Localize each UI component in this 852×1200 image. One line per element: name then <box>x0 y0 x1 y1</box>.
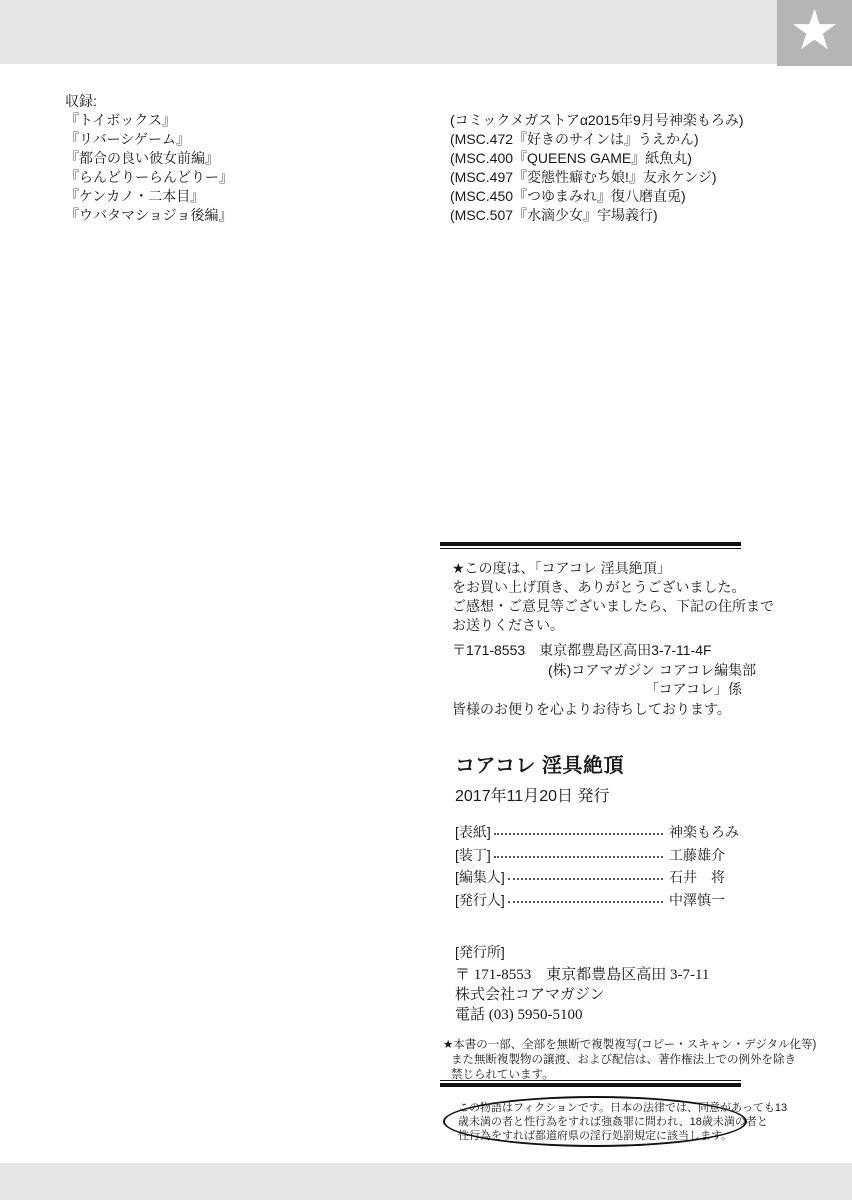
thanks-line: ★この度は、「コアコレ 淫具絶頂」 <box>452 559 774 578</box>
fiction-disclaimer-oval: この物語はフィクションです。日本の法律では、同意があっても13 歳未満の者と性行… <box>443 1096 747 1147</box>
contents-list: 収録: 『トイボックス』 (コミックメガストアα2015年9月号神楽もろみ) 『… <box>65 92 744 225</box>
credit-role: [表紙] <box>455 822 491 842</box>
disclaimer-line: この物語はフィクションです。日本の法律では、同意があっても13 <box>445 1101 745 1115</box>
publisher-phone: 電話 (03) 5950-5100 <box>455 1005 709 1025</box>
work-title: 『ケンカノ・二本目』 <box>65 187 450 206</box>
issue-date: 2017年11月20日 発行 <box>455 783 609 806</box>
dotted-leader <box>508 867 663 880</box>
work-title: 『都合の良い彼女前編』 <box>65 149 450 168</box>
credit-role: [装丁] <box>455 845 491 865</box>
credit-row: [装丁] 工藤雄介 <box>455 845 751 868</box>
thanks-line: ご感想・ご意見等ございましたら、下記の住所まで <box>452 597 774 616</box>
rule-thick <box>440 1083 741 1087</box>
address-line: 「コアコレ」係 <box>452 680 744 700</box>
address-line: 〒171-8553 東京都豊島区高田3-7-11-4F <box>452 641 744 661</box>
contents-grid: 『トイボックス』 (コミックメガストアα2015年9月号神楽もろみ) 『リバーシ… <box>65 111 744 225</box>
publisher-address: 〒 171-8553 東京都豊島区高田 3-7-11 <box>455 965 709 985</box>
mailing-address: 〒171-8553 東京都豊島区高田3-7-11-4F (株)コアマガジン コア… <box>452 641 744 700</box>
work-source: (MSC.400『QUEENS GAME』紙魚丸) <box>450 149 744 168</box>
page-corner-marker: ★ <box>777 0 852 66</box>
double-rule-bottom <box>440 1080 741 1087</box>
credit-role: [編集人] <box>455 867 505 887</box>
rule-thin <box>440 1080 741 1081</box>
credit-name: 工藤雄介 <box>669 845 751 865</box>
copyright-notice: ★本書の一部、全部を無断で複製複写(コピー・スキャン・デジタル化等) また無断複… <box>443 1038 816 1083</box>
credit-row: [表紙] 神楽もろみ <box>455 822 751 845</box>
rule-thin <box>440 548 741 549</box>
copyright-line: ★本書の一部、全部を無断で複製複写(コピー・スキャン・デジタル化等) <box>443 1038 816 1053</box>
publisher-block: [発行所] 〒 171-8553 東京都豊島区高田 3-7-11 株式会社コアマ… <box>455 942 709 1025</box>
work-title: 『らんどりーらんどりー』 <box>65 168 450 187</box>
star-icon: ★ <box>789 2 839 58</box>
thanks-line: をお買い上げ頂き、ありがとうございました。 <box>452 578 774 597</box>
contents-label: 収録: <box>65 92 744 111</box>
double-rule-top <box>440 542 741 549</box>
work-source: (MSC.450『つゆまみれ』復八磨直兎) <box>450 187 744 206</box>
colophon-page: ★ 収録: 『トイボックス』 (コミックメガストアα2015年9月号神楽もろみ)… <box>0 0 852 1200</box>
credit-row: [編集人] 石井 将 <box>455 867 751 890</box>
disclaimer-line: 性行為をすれば都道府県の淫行処罰規定に該当します。 <box>445 1129 745 1143</box>
credits-list: [表紙] 神楽もろみ [装丁] 工藤雄介 [編集人] 石井 将 [発行人] 中澤… <box>455 822 751 912</box>
credit-name: 中澤慎一 <box>669 890 751 910</box>
credit-name: 石井 将 <box>669 867 751 887</box>
disclaimer-line: 歳未満の者と性行為をすれば強姦罪に問われ、18歳未満の者と <box>445 1115 745 1129</box>
credit-row: [発行人] 中澤慎一 <box>455 890 751 913</box>
publisher-label: [発行所] <box>455 942 709 962</box>
top-scan-margin <box>0 0 852 64</box>
work-title: 『トイボックス』 <box>65 111 450 130</box>
copyright-line: また無断複製物の譲渡、および配信は、著作権法上での例外を除き <box>443 1053 816 1068</box>
address-line: (株)コアマガジン コアコレ編集部 <box>452 661 744 681</box>
work-source: (MSC.507『水滴少女』宇場義行) <box>450 206 744 225</box>
credit-role: [発行人] <box>455 890 505 910</box>
publisher-company: 株式会社コアマガジン <box>455 985 709 1005</box>
credit-name: 神楽もろみ <box>669 822 751 842</box>
rule-thick <box>440 542 741 546</box>
book-title: コアコレ 淫具絶頂 <box>455 749 624 778</box>
closing-line: 皆様のお便りを心よりお待ちしております。 <box>452 699 731 719</box>
work-title: 『リバーシゲーム』 <box>65 130 450 149</box>
thanks-line: お送りください。 <box>452 616 774 635</box>
work-source: (MSC.497『変態性癖むち娘!』友永ケンジ) <box>450 168 744 187</box>
dotted-leader <box>494 822 663 835</box>
work-title: 『ウバタマショジョ後編』 <box>65 206 450 225</box>
work-source: (コミックメガストアα2015年9月号神楽もろみ) <box>450 111 744 130</box>
bottom-scan-margin <box>0 1163 852 1200</box>
dotted-leader <box>494 845 663 858</box>
work-source: (MSC.472『好きのサインは』うえかん) <box>450 130 744 149</box>
dotted-leader <box>508 890 663 903</box>
thank-you-note: ★この度は、「コアコレ 淫具絶頂」 をお買い上げ頂き、ありがとうございました。 … <box>452 559 774 635</box>
